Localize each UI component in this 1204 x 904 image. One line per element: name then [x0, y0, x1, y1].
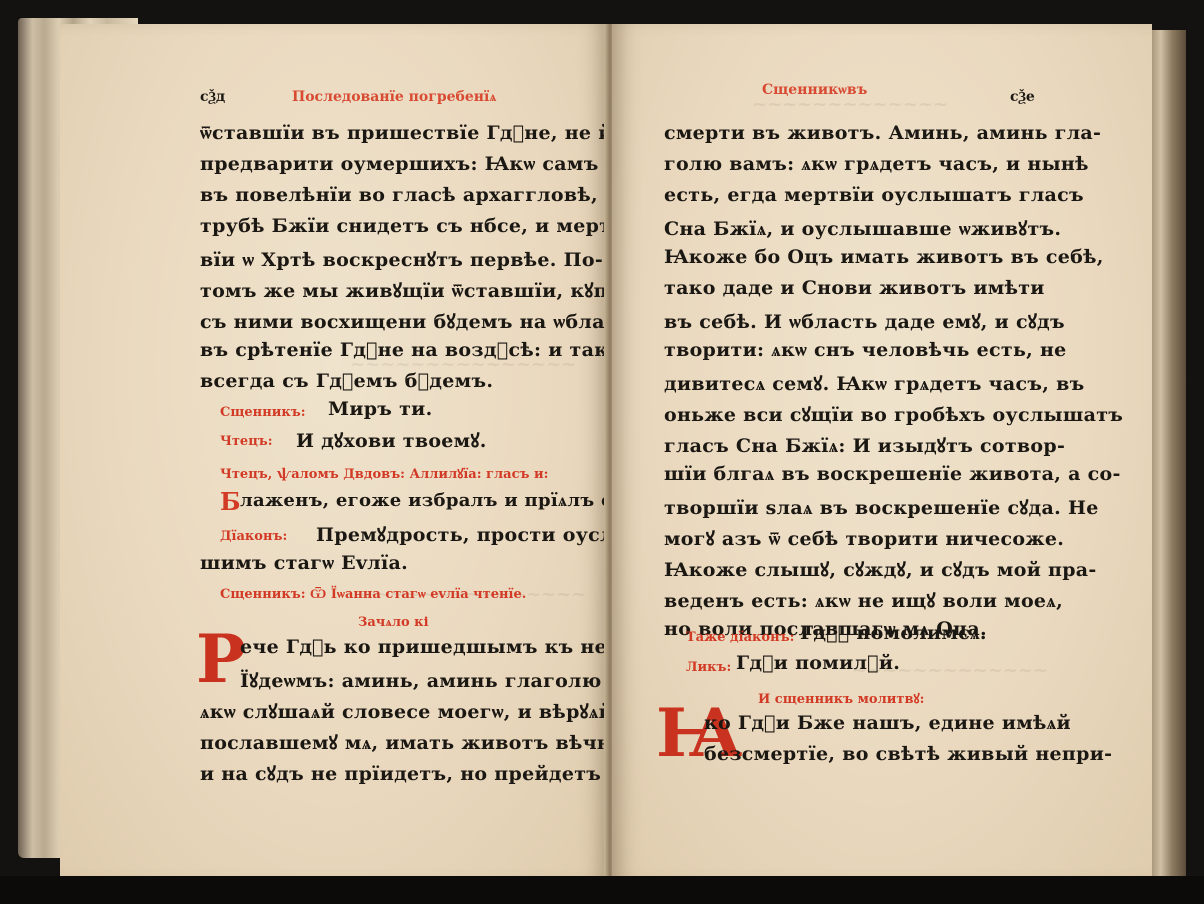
drop-cap-initial: Р: [196, 626, 246, 692]
verse-initial: Б: [220, 487, 241, 516]
text-line: дивитесѧ семꙋ. Ꙗкѡ грѧдетъ часъ, въ: [664, 370, 1084, 396]
text-line: ече Гдⷭь ко пришедшымъ къ немꙋ: [240, 636, 608, 658]
text-line: въ себѣ. И ѡбласть даде емꙋ, и сꙋдъ: [664, 308, 1065, 334]
text-line: шимъ стагѡ Еvлїа.: [200, 552, 408, 575]
text-line: есть, егда мертвїи оуслышатъ гласъ: [664, 184, 1084, 206]
text-line: веденъ есть: ѧкѡ не ищꙋ воли моеѧ,: [664, 587, 1063, 613]
text-line: гласъ Сна Бжїѧ: И изыдꙋтъ сотвор-: [664, 432, 1065, 458]
dialogue-text: Гдⷭꙋ помолимсѧ.: [800, 622, 987, 645]
gospel-rubric: Сщенникъ: Ѿ Їѡанна стагѡ еvлїа чтенїе.: [220, 586, 526, 602]
left-page: ~~~~~~~~~~~~~~~ ~~~~~~~~~~~~~~~ сѮд Посл…: [60, 24, 608, 880]
text-line: предварити оумершихъ: Ꙗкѡ самъ Гдⷭь: [200, 153, 608, 176]
folio-number: сѮе: [1010, 89, 1035, 106]
text-line: съ ними восхищени бꙋдемъ на ѡблацѣхъ,: [200, 308, 608, 334]
text-line: могꙋ азъ ѿ себѣ творити ничесоже.: [664, 525, 1064, 551]
text-line: оньже вси сꙋщїи во гробѣхъ оуслышатъ: [664, 401, 1123, 427]
speaker-rubric: Сщенникъ:: [220, 405, 306, 420]
text-line: Сна Бжїѧ, и оуслышавше ѡживꙋтъ.: [664, 215, 1061, 241]
dialogue-text: Гдⷭи помилꙋй.: [736, 652, 900, 674]
prayer-rubric: И сщенникъ молитвꙋ:: [758, 689, 924, 707]
text-line: томъ же мы живꙋщїи ѿставшїи, кꙋпнѡ: [200, 277, 608, 303]
speaker-rubric: Дїаконъ:: [220, 529, 287, 544]
running-head: Сщенникѡвъ: [762, 82, 867, 99]
text-line: Ꙗкоже бо Оцъ имать животъ въ себѣ,: [664, 246, 1104, 268]
text-line: въ повелѣнїи во гласѣ архаггловѣ, и въ: [200, 184, 608, 206]
speaker-rubric: Ликъ:: [686, 660, 731, 675]
dialogue-text: Премꙋдрость, прости оуслы-: [316, 521, 608, 547]
text-line: въ срѣтенїе Гдⷭне на воздꙋсѣ: и тако: [200, 339, 608, 361]
verse-line: лаженъ, егоже избралъ и прїѧлъ еси Гдⷭи.: [240, 490, 608, 511]
text-line: творшїи ѕлаѧ въ воскрешенїе сꙋда. Не: [664, 494, 1099, 520]
text-line: шїи блгаѧ въ воскрешенїе живота, а со-: [664, 463, 1121, 486]
speaker-rubric: Таже дїаконъ:: [686, 630, 794, 645]
text-line: Ꙗкоже слышꙋ, сꙋждꙋ, и сꙋдъ мой пра-: [664, 556, 1097, 582]
zachalo-number: Зачѧло кі: [358, 614, 429, 630]
text-line: ѧкѡ слꙋшаѧй словесе моегѡ, и вѣрꙋѧй: [200, 698, 608, 724]
book-photo: ~~~~~~~~~~~~~~~ ~~~~~~~~~~~~~~~ сѮд Посл…: [0, 0, 1204, 904]
table-surface: [0, 876, 1204, 904]
text-line: и на сꙋдъ не прїидетъ, но прейдетъ ѿ: [200, 760, 608, 786]
text-line: безсмертїе, во свѣтѣ живый непри-: [704, 743, 1112, 765]
psalm-rubric: Чтецъ, ѱаломъ Двдовъ: Аллилꙋїа: гласъ и:: [220, 464, 548, 482]
text-line: творити: ѧкѡ снъ человѣчь есть, не: [664, 339, 1067, 362]
text-line: голю вамъ: ѧкѡ грѧдетъ часъ, и нынѣ: [664, 153, 1089, 176]
text-line: ко Гдⷭи Бже нашъ, едине имѣѧй: [704, 712, 1071, 735]
text-line: пославшемꙋ мѧ, имать животъ вѣчный:: [200, 729, 608, 755]
text-line: всегда съ Гдⷭемъ бꙋдемъ.: [200, 370, 493, 392]
dialogue-text: Миръ ти.: [328, 398, 432, 420]
folio-number: сѮд: [200, 89, 225, 106]
text-line: вїи ѡ Хртѣ воскреснꙋтъ первѣе. По-: [200, 246, 603, 272]
text-line: тако даде и Снови животъ имѣти: [664, 277, 1045, 299]
right-page: ~~~~~~~~~~~~~ ~~~~~~~~~~~~~ Сщенникѡвъ с…: [612, 24, 1152, 880]
running-head: Последованїе погребенїѧ: [292, 89, 496, 106]
text-line: ѿставшїи въ пришествїе Гдⷭне, не ймамы: [200, 122, 608, 145]
text-line: смерти въ животъ. Аминь, аминь гла-: [664, 122, 1101, 144]
speaker-rubric: Чтецъ:: [220, 434, 273, 449]
text-line: Їꙋдеѡмъ: аминь, аминь глаголю вамъ:: [240, 667, 608, 693]
dialogue-text: И дꙋхови твоемꙋ.: [296, 427, 487, 453]
text-line: трубѣ Бжїи снидетъ съ нбсе, и мерт-: [200, 215, 608, 237]
